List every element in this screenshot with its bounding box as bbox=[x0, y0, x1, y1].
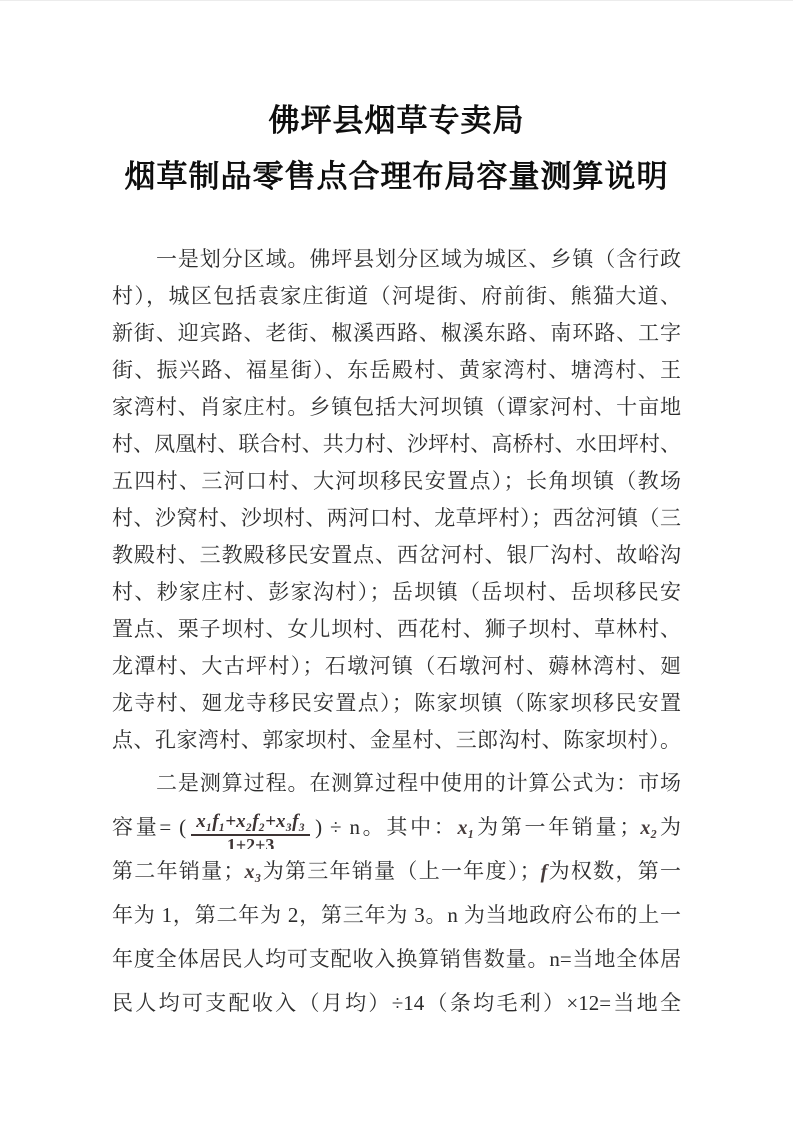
formula-text: 第二年销量； bbox=[112, 859, 244, 883]
paragraph-line: 一是划分区域。佛坪县划分区域为城区、乡镇（含行政 bbox=[112, 241, 681, 278]
formula-text: 为权数，第一 bbox=[547, 859, 681, 883]
document-body: 一是划分区域。佛坪县划分区域为城区、乡镇（含行政 村），城区包括袁家庄街道（河堤… bbox=[112, 241, 681, 1025]
paragraph-line: 年度全体居民人均可支配收入换算销售数量。n=当地全体居 bbox=[112, 937, 681, 981]
paragraph-line: 龙潭村、大古坪村）；石墩河镇（石墩河村、薅林湾村、廻 bbox=[112, 648, 681, 685]
paragraph-line: 村、凤凰村、联合村、共力村、沙坪村、高桥村、水田坪村、 bbox=[112, 426, 681, 463]
title-line-1: 佛坪县烟草专卖局 bbox=[0, 93, 793, 149]
paragraph-line: 龙寺村、廻龙寺移民安置点）；陈家坝镇（陈家坝移民安置 bbox=[112, 685, 681, 722]
paragraph-line: 村），城区包括袁家庄街道（河堤街、府前街、熊猫大道、 bbox=[112, 278, 681, 315]
paragraph-line: 二是测算过程。在测算过程中使用的计算公式为：市场 bbox=[112, 761, 681, 805]
formula-text: 为第三年销量（上一年度）； bbox=[261, 859, 540, 883]
paragraph-line: 年为 1，第二年为 2，第三年为 3。n 为当地政府公布的上一 bbox=[112, 893, 681, 937]
formula-line: 容量= (x₁f₁+x₂f₂+x₃f₃1+2+3) ÷ n。其中：x₁为第一年销… bbox=[112, 805, 681, 849]
paragraph-line: 村、耖家庄村、彭家沟村）；岳坝镇（岳坝村、岳坝移民安 bbox=[112, 574, 681, 611]
fraction-denominator: 1+2+3 bbox=[191, 836, 310, 849]
formula-after-fraction: ) ÷ n。其中： bbox=[315, 815, 457, 839]
fraction-denominator-clip: 1+2+3 bbox=[191, 836, 310, 849]
paragraph-line: 点、孔家湾村、郭家坝村、金星村、三郎沟村、陈家坝村）。 bbox=[112, 722, 681, 759]
formula-prefix: 容量= ( bbox=[112, 815, 186, 839]
title-line-2: 烟草制品零售点合理布局容量测算说明 bbox=[0, 149, 793, 205]
paragraph-line: 置点、栗子坝村、女儿坝村、西花村、狮子坝村、草林村、 bbox=[112, 611, 681, 648]
math-var-x1: x₁ bbox=[457, 817, 474, 839]
paragraph-line: 五四村、三河口村、大河坝移民安置点）；长角坝镇（教场 bbox=[112, 463, 681, 500]
paragraph-line: 新街、迎宾路、老街、椒溪西路、椒溪东路、南环路、工字 bbox=[112, 315, 681, 352]
document-title: 佛坪县烟草专卖局 烟草制品零售点合理布局容量测算说明 bbox=[0, 1, 793, 205]
paragraph-calculation: 二是测算过程。在测算过程中使用的计算公式为：市场 容量= (x₁f₁+x₂f₂+… bbox=[112, 761, 681, 1025]
paragraph-line: 村、沙窝村、沙坝村、两河口村、龙草坪村）；西岔河镇（三 bbox=[112, 500, 681, 537]
formula-text: 为第一年销量； bbox=[474, 815, 640, 839]
market-capacity-fraction: x₁f₁+x₂f₂+x₃f₃1+2+3 bbox=[191, 810, 310, 849]
paragraph-line-with-math: 第二年销量；x₃为第三年销量（上一年度）；f为权数，第一 bbox=[112, 849, 681, 893]
math-var-x3: x₃ bbox=[244, 861, 261, 883]
math-var-x2: x₂ bbox=[640, 817, 657, 839]
paragraph-line: 街、振兴路、福星街）、东岳殿村、黄家湾村、塘湾村、王 bbox=[112, 352, 681, 389]
paragraph-line: 民人均可支配收入（月均）÷14（条均毛利）×12=当地全 bbox=[112, 981, 681, 1025]
paragraph-line: 教殿村、三教殿移民安置点、西岔河村、银厂沟村、故峪沟 bbox=[112, 537, 681, 574]
paragraph-districts: 一是划分区域。佛坪县划分区域为城区、乡镇（含行政 村），城区包括袁家庄街道（河堤… bbox=[112, 241, 681, 759]
paragraph-line: 家湾村、肖家庄村。乡镇包括大河坝镇（谭家河村、十亩地 bbox=[112, 389, 681, 426]
fraction-numerator: x₁f₁+x₂f₂+x₃f₃ bbox=[191, 810, 310, 836]
document-page: 佛坪县烟草专卖局 烟草制品零售点合理布局容量测算说明 一是划分区域。佛坪县划分区… bbox=[0, 0, 793, 1123]
formula-text: 为 bbox=[657, 815, 681, 839]
